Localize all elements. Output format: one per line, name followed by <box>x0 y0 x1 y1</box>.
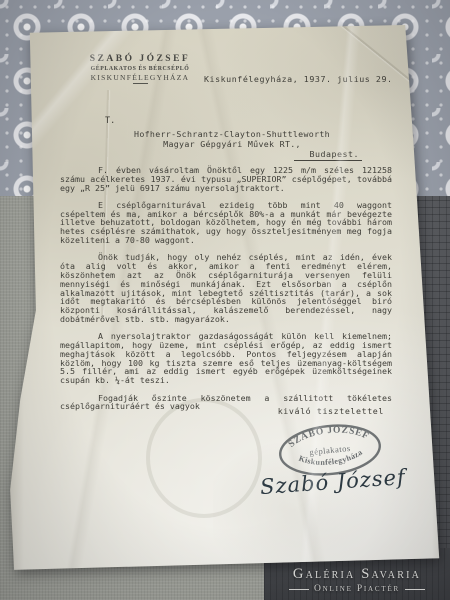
watermark-subtitle-row: Online Piactér <box>266 584 448 594</box>
addressee-company: Magyar Gépgyári Művek RT., <box>96 139 368 149</box>
letterhead-city: KISKUNFÉLEGYHÁZA <box>70 73 210 82</box>
letter-paragraph-2: E cséplőgarniturával ezideig több mint 4… <box>60 201 392 245</box>
addressee-city: Budapest. <box>238 149 362 159</box>
date-line: Kiskunfélegyháza, 1937. julius 29. <box>204 74 393 84</box>
letter-paragraph-4: A nyersolajtraktor gazdaságosságát külön… <box>60 332 392 385</box>
letter-photo-scene: SZABÓ JÓZSEF GÉPLAKATOS ÉS BÉRCSÉPLŐ KIS… <box>0 0 450 600</box>
letter-body: F. évben vásároltam Önöktől egy 1225 m/m… <box>60 166 392 420</box>
letterhead-underline <box>133 83 148 84</box>
letter-paper: SZABÓ JÓZSEF GÉPLAKATOS ÉS BÉRCSÉPLŐ KIS… <box>8 20 444 576</box>
paper-wrapper: SZABÓ JÓZSEF GÉPLAKATOS ÉS BÉRCSÉPLŐ KIS… <box>8 20 444 576</box>
addressee-prefix: T. <box>105 116 115 126</box>
addressee-city-text: Budapest. <box>294 149 362 161</box>
watermark-title: Galéria Savaria <box>266 566 448 583</box>
letter-paragraph-1: F. évben vásároltam Önöktől egy 1225 m/m… <box>60 166 392 192</box>
gallery-watermark: Galéria Savaria Online Piactér <box>266 566 448 594</box>
letterhead-name: SZABÓ JÓZSEF <box>70 54 210 64</box>
letterhead-trade: GÉPLAKATOS ÉS BÉRCSÉPLŐ <box>70 66 210 72</box>
watermark-dash-right <box>405 589 425 590</box>
watermark-subtitle: Online Piactér <box>314 584 400 594</box>
addressee-block: Hofherr-Schrantz-Clayton-Shuttleworth Ma… <box>96 129 368 149</box>
letterhead: SZABÓ JÓZSEF GÉPLAKATOS ÉS BÉRCSÉPLŐ KIS… <box>70 54 210 84</box>
closing-line: kiváló tisztelettel <box>236 406 384 416</box>
watermark-dash-left <box>289 589 309 590</box>
addressee-name: Hofherr-Schrantz-Clayton-Shuttleworth <box>96 129 368 139</box>
letter-paragraph-3: Önök tudják, hogy oly nehéz cséplés, min… <box>60 253 392 323</box>
